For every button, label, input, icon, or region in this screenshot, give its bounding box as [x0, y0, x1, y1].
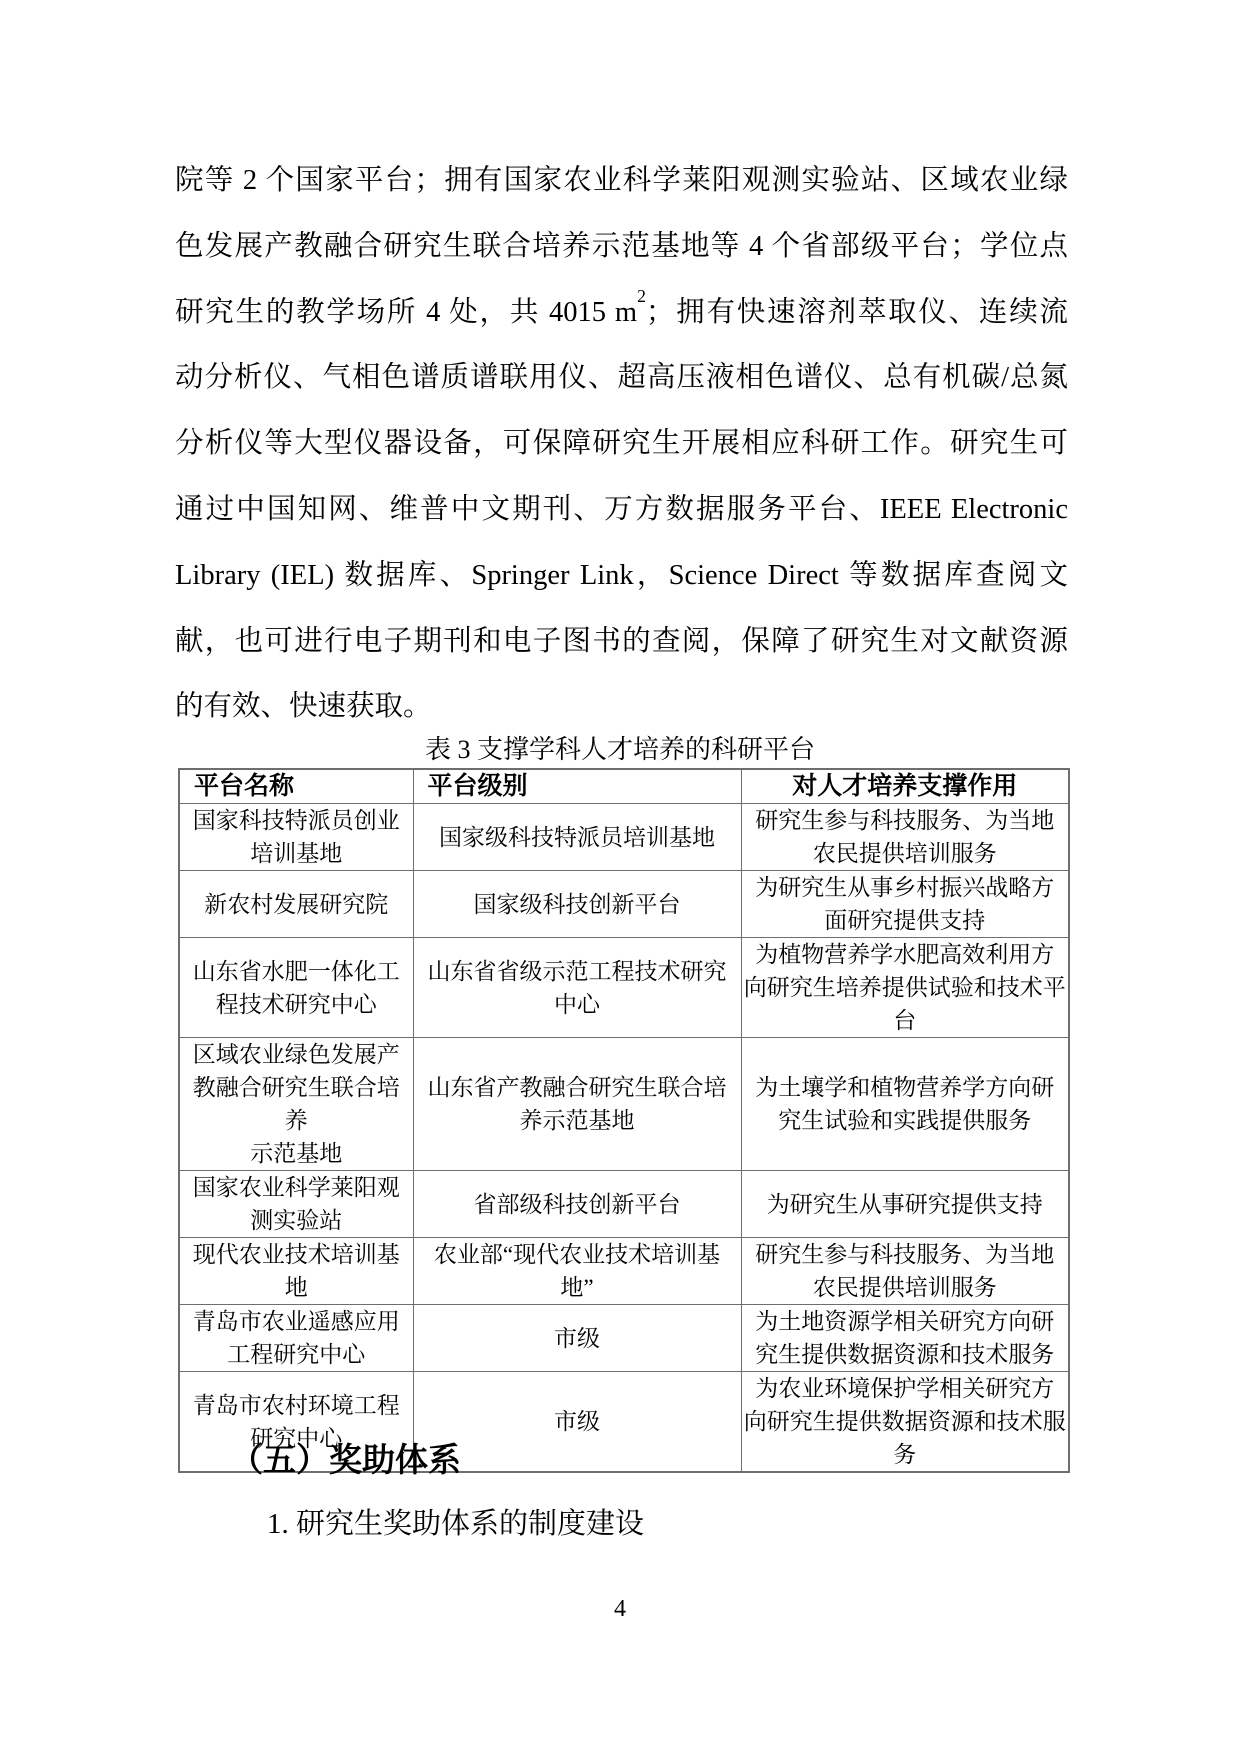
table-cell: 农业部“现代农业技术培训基 地”: [413, 1238, 741, 1305]
table-cell: 区域农业绿色发展产 教融合研究生联合培养 示范基地: [179, 1038, 413, 1171]
table-cell: 国家农业科学莱阳观 测实验站: [179, 1171, 413, 1238]
table-cell: 研究生参与科技服务、为当地 农民提供培训服务: [741, 1238, 1069, 1305]
paragraph-line: 研究生的教学场所 4 处，共 4015 m2；拥有快速溶剂萃取仪、连续流: [175, 280, 1068, 346]
table-cell: 国家科技特派员创业 培训基地: [179, 804, 413, 871]
table-cell: 为农业环境保护学相关研究方 向研究生提供数据资源和技术服 务: [741, 1372, 1069, 1473]
document-page: 院等 2 个国家平台；拥有国家农业科学莱阳观测实验站、区域农业绿色发展产教融合研…: [0, 0, 1240, 1753]
table-row: 山东省水肥一体化工 程技术研究中心山东省省级示范工程技术研究 中心为植物营养学水…: [179, 938, 1069, 1038]
table-cell: 山东省产教融合研究生联合培 养示范基地: [413, 1038, 741, 1171]
platform-table: 平台名称 平台级别 对人才培养支撑作用 国家科技特派员创业 培训基地国家级科技特…: [178, 768, 1070, 1473]
table-cell: 为土地资源学相关研究方向研 究生提供数据资源和技术服务: [741, 1305, 1069, 1372]
column-header-platform-name: 平台名称: [179, 769, 413, 804]
table-cell: 国家级科技特派员培训基地: [413, 804, 741, 871]
paragraph-line: Library (IEL) 数据库、Springer Link，Science …: [175, 543, 1068, 609]
table-row: 国家科技特派员创业 培训基地国家级科技特派员培训基地研究生参与科技服务、为当地 …: [179, 804, 1069, 871]
table-row: 现代农业技术培训基 地农业部“现代农业技术培训基 地”研究生参与科技服务、为当地…: [179, 1238, 1069, 1305]
paragraph: 院等 2 个国家平台；拥有国家农业科学莱阳观测实验站、区域农业绿色发展产教融合研…: [175, 148, 1068, 740]
table-row: 青岛市农业遥感应用 工程研究中心市级为土地资源学相关研究方向研 究生提供数据资源…: [179, 1305, 1069, 1372]
table-cell: 山东省水肥一体化工 程技术研究中心: [179, 938, 413, 1038]
page-number: 4: [0, 1594, 1240, 1624]
table-cell: 为研究生从事乡村振兴战略方 面研究提供支持: [741, 871, 1069, 938]
table-cell: 为植物营养学水肥高效利用方 向研究生培养提供试验和技术平 台: [741, 938, 1069, 1038]
table-caption: 表 3 支撑学科人才培养的科研平台: [0, 735, 1240, 765]
paragraph-line: 色发展产教融合研究生联合培养示范基地等 4 个省部级平台；学位点: [175, 214, 1068, 280]
table-cell: 为土壤学和植物营养学方向研 究生试验和实践提供服务: [741, 1038, 1069, 1171]
section-heading: （五）奖助体系: [230, 1438, 461, 1482]
table-cell: 市级: [413, 1372, 741, 1473]
table-header-row: 平台名称 平台级别 对人才培养支撑作用: [179, 769, 1069, 804]
column-header-platform-level: 平台级别: [413, 769, 741, 804]
platform-table-body: 国家科技特派员创业 培训基地国家级科技特派员培训基地研究生参与科技服务、为当地 …: [179, 804, 1069, 1473]
table-cell: 现代农业技术培训基 地: [179, 1238, 413, 1305]
table-cell: 市级: [413, 1305, 741, 1372]
table-cell: 山东省省级示范工程技术研究 中心: [413, 938, 741, 1038]
table-cell: 研究生参与科技服务、为当地 农民提供培训服务: [741, 804, 1069, 871]
paragraph-line: 分析仪等大型仪器设备，可保障研究生开展相应科研工作。研究生可: [175, 411, 1068, 477]
table-row: 国家农业科学莱阳观 测实验站省部级科技创新平台为研究生从事研究提供支持: [179, 1171, 1069, 1238]
paragraph-line: 动分析仪、气相色谱质谱联用仪、超高压液相色谱仪、总有机碳/总氮: [175, 345, 1068, 411]
table-cell: 国家级科技创新平台: [413, 871, 741, 938]
table-cell: 青岛市农业遥感应用 工程研究中心: [179, 1305, 413, 1372]
column-header-support-role: 对人才培养支撑作用: [741, 769, 1069, 804]
paragraph-line: 通过中国知网、维普中文期刊、万方数据服务平台、IEEE Electronic: [175, 477, 1068, 543]
superscript: 2: [637, 286, 646, 306]
table-row: 区域农业绿色发展产 教融合研究生联合培养 示范基地山东省产教融合研究生联合培 养…: [179, 1038, 1069, 1171]
paragraph-line: 院等 2 个国家平台；拥有国家农业科学莱阳观测实验站、区域农业绿: [175, 148, 1068, 214]
table-cell: 为研究生从事研究提供支持: [741, 1171, 1069, 1238]
paragraph-line: 的有效、快速获取。: [175, 674, 1068, 740]
table-row: 新农村发展研究院国家级科技创新平台为研究生从事乡村振兴战略方 面研究提供支持: [179, 871, 1069, 938]
paragraph-line: 献，也可进行电子期刊和电子图书的查阅，保障了研究生对文献资源: [175, 609, 1068, 675]
subsection-heading: 1. 研究生奖助体系的制度建设: [267, 1504, 644, 1544]
table-cell: 新农村发展研究院: [179, 871, 413, 938]
table-cell: 省部级科技创新平台: [413, 1171, 741, 1238]
